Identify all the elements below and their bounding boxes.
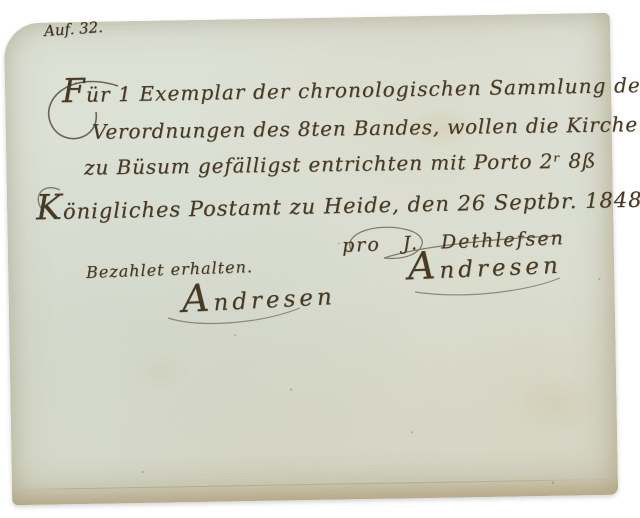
scanned-document-photo: Auf. 32. Für 1 Exemplar der chronologisc… <box>0 0 640 518</box>
foxing-stain <box>510 373 601 435</box>
foxing-stain <box>130 350 191 391</box>
